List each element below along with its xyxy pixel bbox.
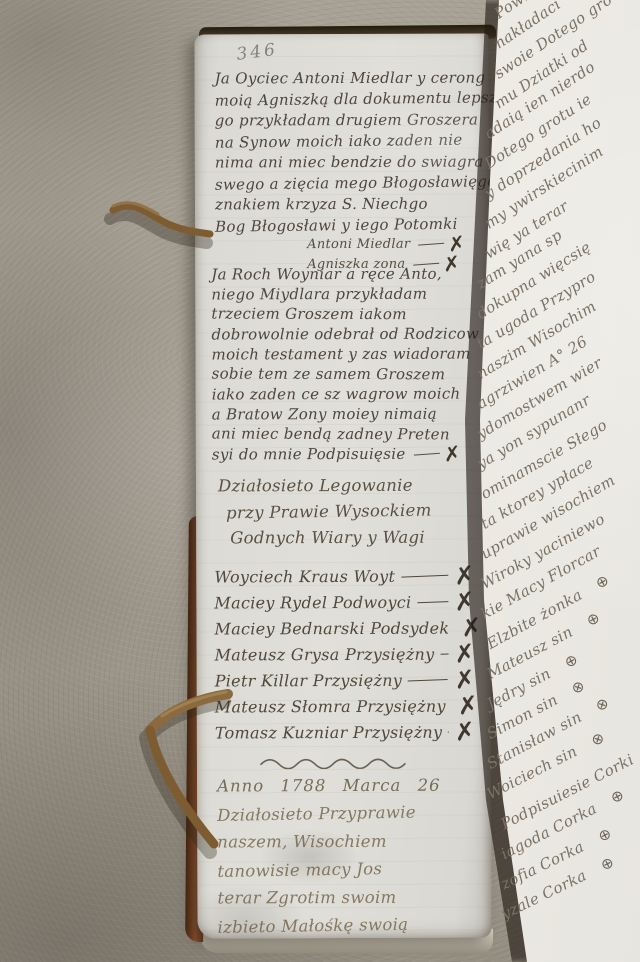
deed-line: ani miec bendą zadney Preten (212, 424, 480, 445)
right-page-text: Powiedsią nakładaci swoie Dotego gro mu … (476, 0, 640, 962)
closing-line: izbieto Małośkę swoią (217, 910, 441, 942)
right-line-mark: ⊕ (598, 853, 617, 875)
heading-line: Godnych Wiary y Wagi (218, 525, 432, 552)
deed-line: moich testament y zas wiadoram (212, 344, 480, 365)
signature-dash-stroke (418, 242, 444, 245)
right-line-mark (597, 323, 606, 338)
witness-name: Mateusz Grysa Przysiężny (215, 644, 435, 664)
witness-list: Woyciech Kraus Woyt ✗ Maciey Rydel Podwo… (214, 563, 475, 746)
right-line-mark: ⊕ (595, 824, 614, 846)
right-line-mark (600, 381, 609, 396)
witness-row: Maciey Bednarski Podsydek ✗ (214, 615, 474, 642)
witness-x-mark: ✗ (452, 718, 477, 745)
right-line-mark: ⊕ (561, 650, 581, 672)
deed-line-text: syi do mnie Podpisuięsie (212, 444, 406, 465)
witness-name: Maciey Bednarski Podsydek (214, 618, 449, 638)
right-line-mark (617, 407, 626, 423)
right-line-mark (577, 187, 587, 202)
right-line-mark (611, 533, 620, 549)
right-line-mark (600, 80, 610, 95)
manuscript-photo: 346 Ja Oyciec Antoni Miedlar y cerong mo… (0, 0, 640, 962)
right-line-mark (571, 216, 581, 231)
squiggle-stroke (259, 757, 419, 770)
witness-row: Mateusz Słomra Przysiężny ✗ (215, 693, 475, 720)
heading-line: przy Prawie Wysockiem (218, 498, 432, 527)
witness-row: Tomasz Kuzniar Przysiężny ✗ (215, 719, 475, 746)
leather-tie-top-highlight (113, 203, 158, 214)
deed-line: moią Agniszką dla dokumentu lepszę (215, 87, 507, 112)
signature-dash-stroke (413, 452, 439, 455)
deed-line: iako zaden ce sz wagrow moich (212, 384, 480, 405)
closing-line: Anno 1788 Marca 26 (217, 772, 441, 801)
deed-paragraph-1: Ja Oyciec Antoni Miedlar y cerong moią A… (215, 67, 507, 236)
right-line-mark: ⊕ (608, 785, 628, 807)
right-line-mark: ⊕ (583, 608, 603, 630)
witness-name: Mateusz Słomra Przysiężny (215, 696, 446, 716)
leather-tie-shadow (110, 215, 207, 243)
witness-dash-stroke (401, 574, 448, 577)
heading-line: Działosieto Legowanie (218, 473, 432, 500)
deed-line: a Bratow Zony moiey nimaią (212, 404, 480, 425)
right-line-mark: ⊗ (592, 693, 612, 715)
deed-line: Ja Roch Woyniar a ręce Anto, (211, 264, 479, 285)
right-line-mark (603, 445, 612, 461)
deed-line: trzeciem Groszem iakom (211, 304, 479, 325)
deed-line: swego a zięcia mego Błogosławięgo (215, 171, 507, 196)
right-line-mark (604, 48, 614, 63)
witness-dash-stroke (417, 601, 448, 603)
signature-row: Antoni Miedlar ✗ (307, 234, 465, 255)
witness-row: Maciey Rydel Podwoyci ✗ (214, 589, 474, 616)
closing-line: terar Zgrotim swoim (217, 884, 441, 913)
right-line-mark: ⊗ (588, 728, 608, 750)
right-line-mark (606, 288, 615, 303)
right-line-mark (610, 104, 620, 119)
witness-row: Mateusz Grysa Przysiężny ✗ (215, 641, 475, 668)
page-number: 346 (235, 40, 279, 65)
deed-line: znakiem krzyza S. Niechgo (215, 193, 507, 215)
deed-line: sobie tem ze samem Groszem (212, 364, 480, 385)
witness-name: Pietr Killar Przysiężny (215, 670, 403, 690)
deed-paragraph-2: Ja Roch Woyniar a ręce Anto, niego Miydl… (211, 264, 479, 465)
closing-statement: Anno 1788 Marca 26 Działosieto Przyprawi… (217, 772, 441, 941)
right-line-mark (612, 133, 622, 148)
right-line-mark (611, 344, 620, 359)
squiggle-divider (259, 754, 419, 774)
witness-dash-stroke (440, 653, 448, 654)
signature-x-mark: ✗ (441, 442, 462, 464)
deed-line: dobrowolnie odebrał od Rodzicow (211, 324, 479, 345)
witness-x-mark: ✗ (452, 666, 477, 693)
deed-line-with-mark: syi do mnie Podpisuięsie ✗ (212, 444, 480, 465)
right-line-mark: ⊗ (568, 676, 588, 698)
witness-row: Woyciech Kraus Woyt ✗ (214, 563, 474, 590)
right-line-mark (625, 462, 634, 478)
closing-line: Działosieto Przyprawie (217, 798, 441, 830)
witness-name: Maciey Rydel Podwoyci (214, 592, 411, 612)
witness-row: Pietr Killar Przysiężny ✗ (215, 667, 475, 694)
right-line-mark (615, 501, 624, 517)
deed-line: Ja Oyciec Antoni Miedlar y cerong (215, 67, 507, 89)
right-line-mark: ⊕ (592, 571, 612, 593)
deed-line: go przykładam drugiem Groszera (215, 109, 507, 131)
closing-line: tanowisie macy Jos (217, 854, 441, 886)
legacy-heading: Działosieto Legowanie przy Prawie Wysock… (218, 473, 432, 552)
right-line-mark (605, 258, 614, 273)
witness-name: Woyciech Kraus Woyt (214, 566, 395, 586)
right-line-mark (597, 26, 607, 41)
signature-name: Antoni Miedlar (307, 236, 410, 251)
witness-dash-stroke (408, 678, 448, 681)
right-line-mark (600, 228, 610, 243)
closing-line: naszem, Wisochiem (217, 828, 441, 857)
witness-name: Tomasz Kuzniar Przysiężny (215, 722, 443, 742)
deed-line: nima ani miec bendzie do swiagra (215, 151, 507, 173)
left-page: 346 Ja Oyciec Antoni Miedlar y cerong mo… (194, 33, 491, 938)
deed-line: na Synow moich iako zaden nie (215, 129, 507, 154)
deed-line: niego Miydlara przykładam (211, 284, 479, 305)
